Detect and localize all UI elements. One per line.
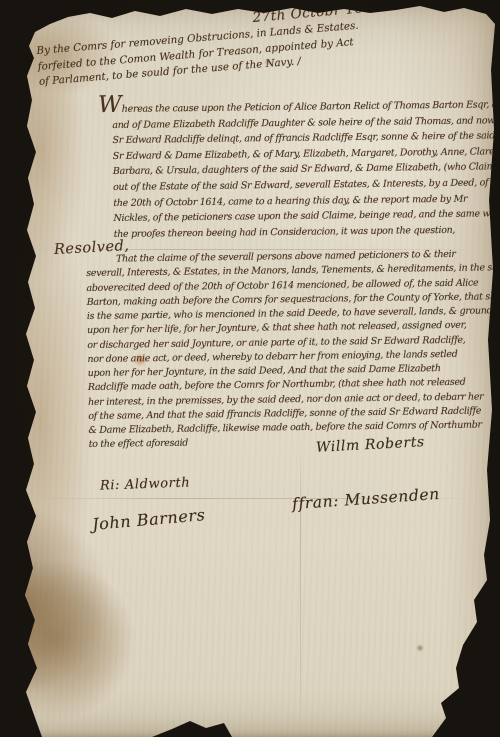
signature-fran-mussenden: ffran: Mussenden xyxy=(292,485,441,513)
endorsement-heading: By the Comrs for removeing Obstrucions, … xyxy=(36,19,362,91)
body-paragraph-2: That the claime of the severall persons … xyxy=(86,247,500,453)
signature-john-barners: John Barners xyxy=(91,505,206,534)
crease-line xyxy=(300,430,301,720)
signature-ri-aldworth: Ri: Aldworth xyxy=(100,475,191,493)
photo-background: 27th Octobr 1652. By the Comrs for remov… xyxy=(0,0,500,737)
body-paragraph-1: Whereas the cause upon the Peticion of A… xyxy=(112,93,500,243)
manuscript-paper: 27th Octobr 1652. By the Comrs for remov… xyxy=(0,0,500,737)
